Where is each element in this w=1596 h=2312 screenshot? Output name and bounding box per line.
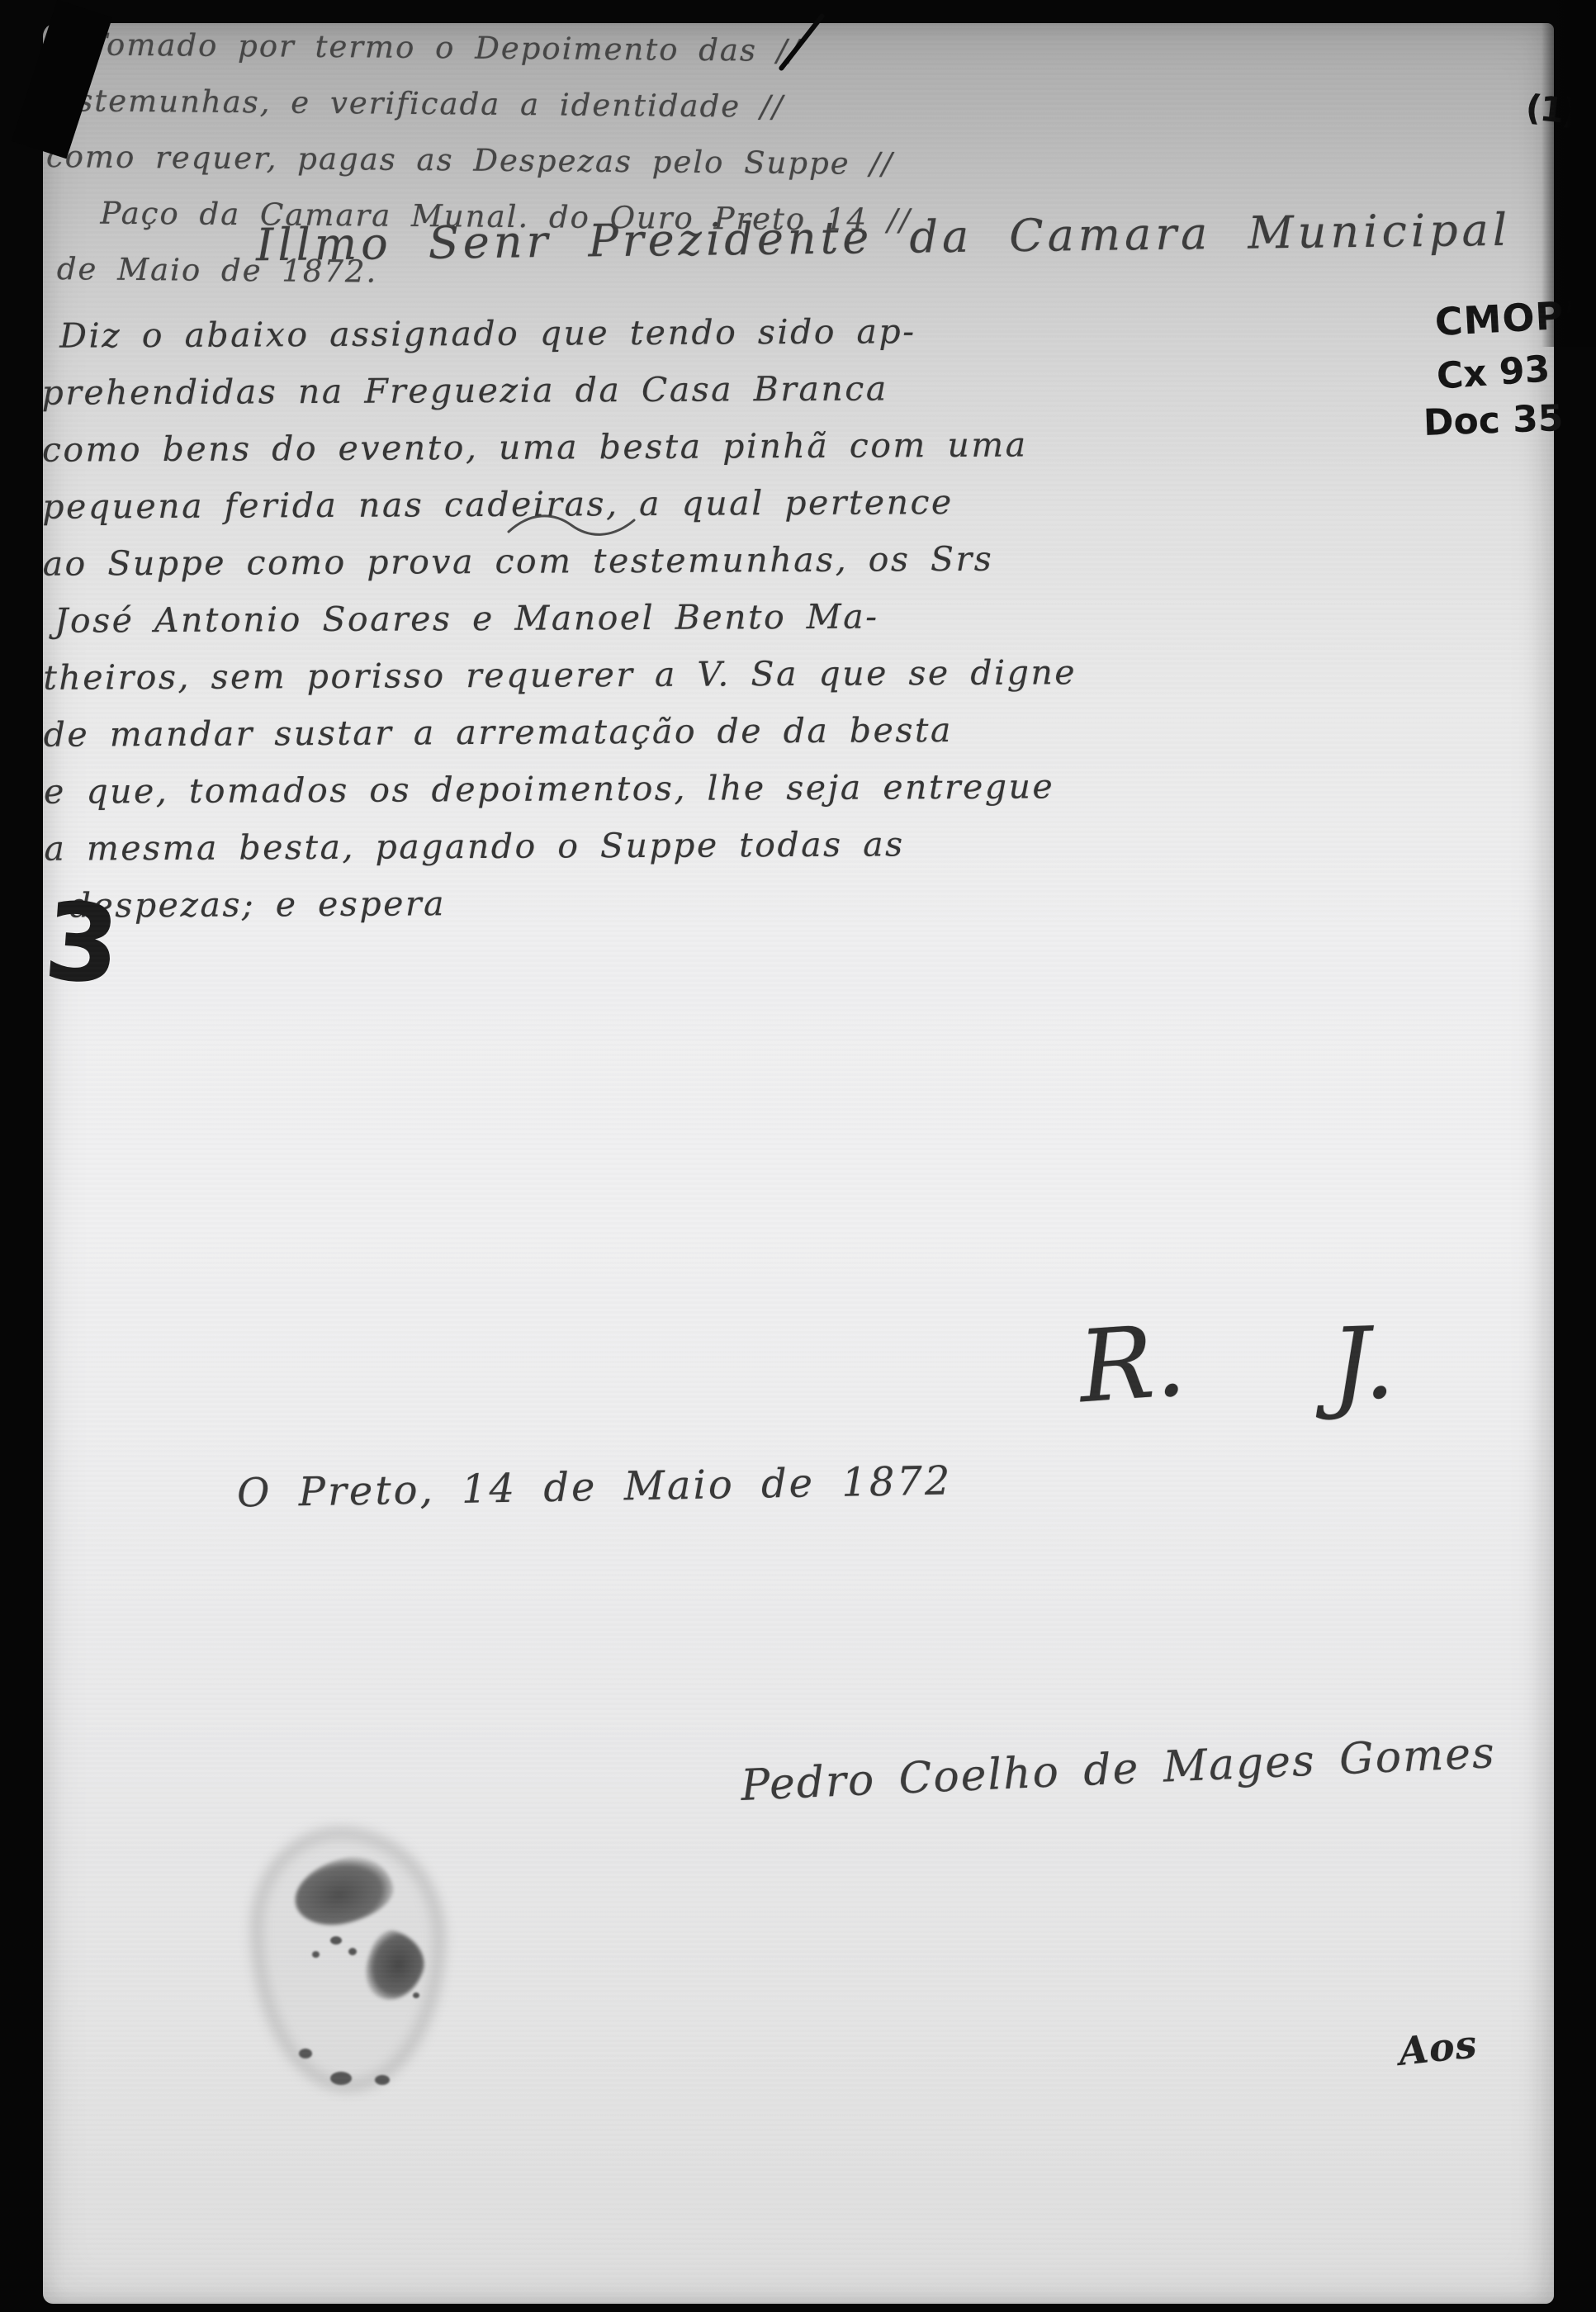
date-line: O Preto, 14 de Maio de 1872 [237, 1457, 953, 1516]
petition-block: Diz o abaixo assignado que tendo sido ap… [41, 300, 1556, 935]
petition-line: Diz o abaixo assignado que tendo sido ap… [41, 300, 1552, 365]
archival-doc-number: Doc 35 [1423, 397, 1564, 444]
petition-line: theiros, sem porisso requerer a V. Sa qu… [43, 642, 1554, 707]
stain-speck [375, 2075, 390, 2085]
petition-line: José Antonio Soares e Manoel Bento Ma- [43, 585, 1554, 650]
despacho-line: de Maio de 1872. [42, 241, 1554, 310]
stain-speck [299, 2049, 312, 2059]
archival-box-number: Cx 93 [1435, 348, 1551, 397]
stain-speck [413, 1992, 419, 1998]
petition-line: prehendidas na Freguezia da Casa Branca [41, 357, 1552, 422]
stain-speck [312, 1951, 320, 1958]
scan-edge-right [1542, 0, 1596, 347]
petition-line: pequena ferida nas cadeiras, a qual pert… [42, 471, 1553, 536]
petition-line: ao Suppe como prova com testemunhas, os … [42, 528, 1553, 593]
signature: Pedro Coelho de Mages Gomes [740, 1728, 1497, 1811]
stain-speck [330, 2072, 352, 2085]
initial-r: R. [1075, 1304, 1189, 1426]
stain-speck [348, 1948, 357, 1955]
stain-speck [330, 1936, 342, 1945]
ink-stain [251, 1827, 445, 2092]
petition-line: e que, tomados os depoimentos, lhe seja … [44, 756, 1555, 821]
despacho-block: Tomado por termo o Depoimento das // tes… [42, 17, 1556, 310]
petition-line: como bens do evento, uma besta pinhã com… [42, 414, 1553, 479]
initial-j: J. [1329, 1306, 1397, 1424]
petition-line: de mandar sustar a arrematação de da bes… [44, 699, 1555, 764]
bottom-annotation: Aos [1396, 2021, 1479, 2074]
petition-line: a mesma besta, pagando o Suppe todas as [44, 813, 1555, 878]
scanned-page: Illmo Senr Prezidente da Camara Municipa… [43, 23, 1554, 2304]
